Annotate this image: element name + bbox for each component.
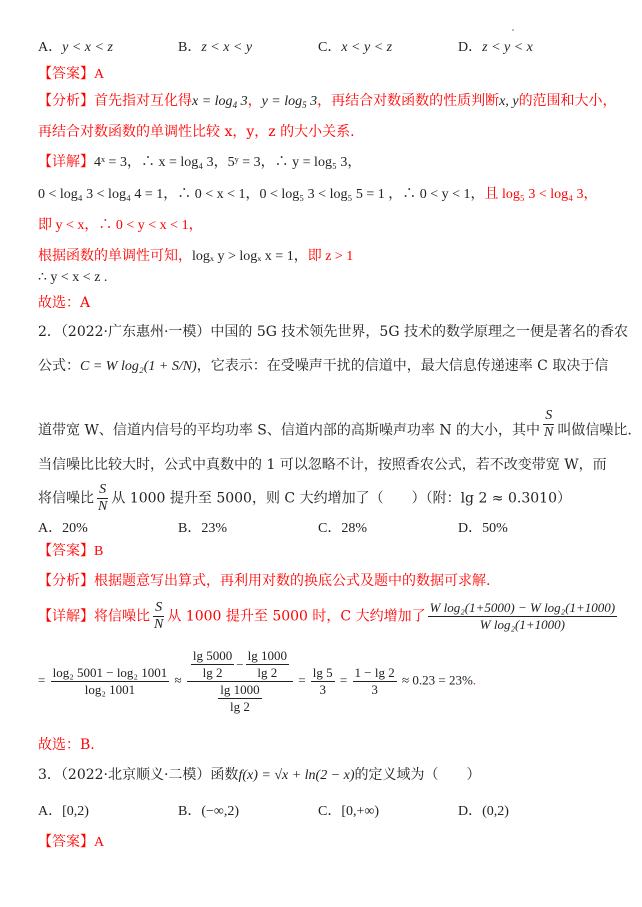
q1-option-c[interactable]: C．x < y < z bbox=[318, 36, 392, 56]
q1-analysis-line-2: 再结合对数函数的单调性比较 x，y，z 的大小关系. bbox=[38, 122, 355, 142]
q2-option-b[interactable]: B．23% bbox=[178, 517, 227, 537]
q3-option-d[interactable]: D．(0,2) bbox=[458, 800, 509, 820]
q2-analysis: 【分析】根据题意写出算式，再利用对数的换底公式及题中的数据可求解. bbox=[38, 571, 490, 591]
q2-stem-line-1: 2．（2022·广东惠州·一模）中国的 5G 技术领先世界，5G 技术的数学原理… bbox=[38, 322, 628, 342]
calc-fraction-4: 1 − lg 23 bbox=[353, 665, 397, 698]
q2-calculation: = log₂ 5001 − log₂ 1001log₂ 1001 ≈ lg 50… bbox=[38, 648, 476, 715]
q2-stem-line-5: 将信噪比SN从 1000 提升至 5000，则 C 大约增加了（ ）（附：lg … bbox=[38, 482, 571, 515]
q2-stem-line-3: 道带宽 W、信道内信号的平均功率 S、信道内部的高斯噪声功率 N 的大小，其中S… bbox=[38, 414, 632, 447]
q2-conclusion: 故选：B. bbox=[38, 735, 95, 755]
fraction-s-over-n: SN bbox=[96, 482, 109, 515]
q3-answer: 【答案】A bbox=[38, 832, 104, 853]
detail-tag: 【详解】 bbox=[38, 609, 94, 625]
shannon-formula: C = W log₂(1 + S/N) bbox=[80, 359, 197, 374]
answer-value: B bbox=[94, 544, 103, 559]
analysis-tag: 【分析】 bbox=[38, 573, 94, 589]
q2-option-a[interactable]: A．20% bbox=[38, 517, 88, 537]
function-formula: f(x) = √x + ln(2 − x) bbox=[238, 768, 354, 783]
answer-tag: 【答案】 bbox=[38, 66, 94, 82]
analysis-tag: 【分析】 bbox=[38, 93, 94, 109]
q2-option-d[interactable]: D．50% bbox=[458, 517, 508, 537]
q1-detail-line-3: 即 y < x，∴ 0 < y < x < 1， bbox=[38, 216, 203, 236]
answer-value: A bbox=[94, 67, 104, 82]
q1-option-a[interactable]: A．y < x < z bbox=[38, 36, 113, 56]
q2-stem-line-2: 公式：C = W log₂(1 + S/N)，它表示：在受噪声干扰的信道中，最大… bbox=[38, 356, 608, 377]
q2-answer: 【答案】B bbox=[38, 541, 103, 562]
q2-stem-line-4: 当信噪比比较大时，公式中真数中的 1 可以忽略不计，按照香农公式，若不改变带宽 … bbox=[38, 455, 607, 475]
answer-tag: 【答案】 bbox=[38, 543, 94, 559]
q1-detail-line-4: 根据函数的单调性可知，logₓ y > logₓ x = 1，即 z > 1 bbox=[38, 246, 353, 267]
q3-option-a[interactable]: A．[0,2) bbox=[38, 800, 89, 820]
calc-fraction-3: lg 53 bbox=[311, 665, 335, 698]
q1-conclusion: 故选：A bbox=[38, 293, 90, 313]
answer-value: A bbox=[94, 835, 104, 850]
q3-stem: 3．（2022·北京顺义·二模）函数f(x) = √x + ln(2 − x)的… bbox=[38, 765, 481, 786]
increase-ratio-fraction: W log₂(1+5000) − W log₂(1+1000)W log₂(1+… bbox=[428, 600, 618, 633]
scan-artifact bbox=[512, 29, 514, 31]
detail-tag: 【详解】 bbox=[38, 154, 94, 170]
q2-option-c[interactable]: C．28% bbox=[318, 517, 367, 537]
q1-detail-line-5: ∴ y < x < z . bbox=[38, 268, 107, 288]
calc-fraction-1: log₂ 5001 − log₂ 1001log₂ 1001 bbox=[51, 665, 170, 698]
q2-detail-line-1: 【详解】将信噪比SN从 1000 提升至 5000 时，C 大约增加了W log… bbox=[38, 600, 619, 633]
q3-option-b[interactable]: B．(−∞,2) bbox=[178, 800, 239, 820]
calc-compound-fraction: lg 5000lg 2 − lg 1000lg 2 lg 1000lg 2 bbox=[187, 648, 293, 715]
q1-detail-line-1: 【详解】4ˣ = 3，∴ x = log₄ 3，5ʸ = 3，∴ y = log… bbox=[38, 152, 361, 173]
fraction-s-over-n: SN bbox=[542, 408, 555, 441]
q3-option-c[interactable]: C．[0,+∞) bbox=[318, 800, 379, 820]
answer-tag: 【答案】 bbox=[38, 834, 94, 850]
fraction-s-over-n: SN bbox=[152, 600, 165, 633]
q1-option-d[interactable]: D．z < y < x bbox=[458, 36, 533, 56]
q1-option-b[interactable]: B．z < x < y bbox=[178, 36, 252, 56]
q1-detail-line-2: 0 < log₄ 3 < log₄ 4 = 1，∴ 0 < x < 1，0 < … bbox=[38, 185, 597, 205]
q1-answer: 【答案】A bbox=[38, 64, 104, 85]
q1-analysis-line-1: 【分析】首先指对互化得x = log4 3，y = log5 3，再结合对数函数… bbox=[38, 91, 617, 115]
